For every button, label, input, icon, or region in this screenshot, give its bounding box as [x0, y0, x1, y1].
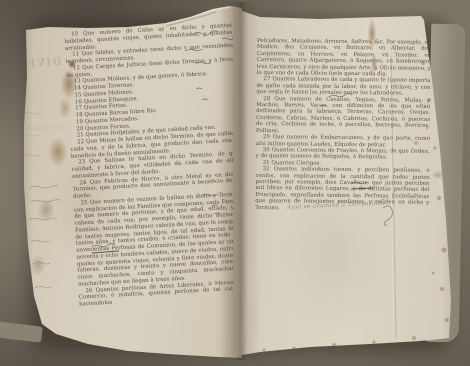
continuation-paragraph: Peſcadores, Matadores, Arrieros, Saſtres… — [257, 38, 431, 78]
ink-showthrough-text: DIVE — [22, 55, 63, 71]
question-item-28: 28 Que numero de Cavallos, Yeguas, Potro… — [256, 96, 430, 136]
ink-showthrough-text: que numero — [20, 123, 64, 134]
marginalia-faint — [21, 112, 40, 156]
question-item-25: 25 Que numero de vezinos ſe hallan en di… — [73, 191, 246, 288]
page-curl-highlight — [166, 7, 230, 23]
printed-question-list: Peſcadores, Matadores, Arrieros, Saſtres… — [255, 38, 431, 213]
question-item-27: 27 Quantos Labradores de cada y quanto ſ… — [256, 76, 430, 97]
photograph-of-antique-document: DIVE que numero 10 Que numero de Caſas a… — [0, 0, 470, 366]
left-page: DIVE que numero 10 Que numero de Caſas a… — [18, 6, 242, 362]
printed-question-list: 10 Que numero de Caſas ay en dicho y qua… — [64, 23, 248, 316]
marginalia — [29, 186, 60, 288]
